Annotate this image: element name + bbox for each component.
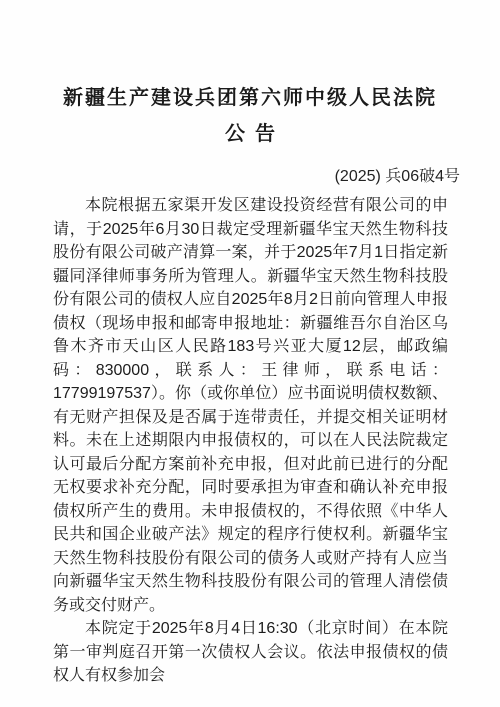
paragraph-creditors-meeting: 本院定于2025年8月4日16:30（北京时间）在本院第一审判庭召开第一次债权人… xyxy=(53,617,448,688)
case-number: (2025) 兵06破4号 xyxy=(0,167,460,187)
announcement-title: 公告 xyxy=(0,122,500,146)
court-name-heading: 新疆生产建设兵团第六师中级人民法院 xyxy=(0,86,500,111)
paragraph-claim-declaration: 本院根据五家渠开发区建设投资经营有限公司的申请，于2025年6月30日裁定受理新… xyxy=(53,194,448,617)
announcement-body: 本院根据五家渠开发区建设投资经营有限公司的申请，于2025年6月30日裁定受理新… xyxy=(53,194,448,688)
court-announcement-page: 新疆生产建设兵团第六师中级人民法院 公告 (2025) 兵06破4号 本院根据五… xyxy=(0,0,500,707)
